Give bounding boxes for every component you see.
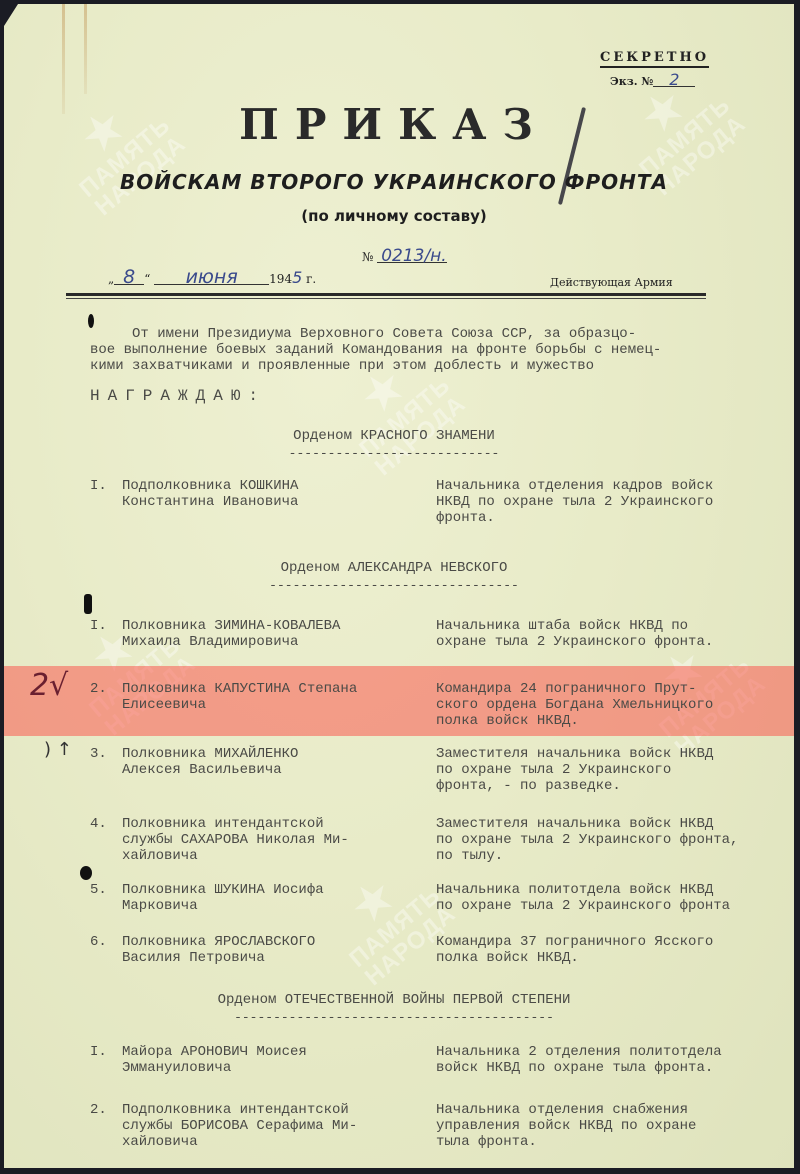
- order-heading: Орденом КРАСНОГО ЗНАМЕНИ----------------…: [4, 428, 784, 462]
- order-heading: Орденом ОТЕЧЕСТВЕННОЙ ВОЙНЫ ПЕРВОЙ СТЕПЕ…: [4, 992, 784, 1026]
- paper-stain: [84, 4, 87, 94]
- award-word: НАГРАЖДАЮ:: [90, 388, 266, 404]
- location-label: Действующая Армия: [550, 276, 673, 289]
- copy-number: Экз. №2: [610, 74, 695, 88]
- paper-stain: [62, 4, 65, 114]
- divider: [66, 298, 706, 299]
- ink-blot: [84, 594, 92, 614]
- document-subtitle: ВОЙСКАМ ВТОРОГО УКРАИНСКОГО ФРОНТА: [4, 170, 784, 194]
- divider: [66, 293, 706, 296]
- ink-blot: [80, 866, 92, 880]
- classification-stamp: СЕКРЕТНО: [600, 50, 709, 68]
- margin-mark: ) ↑: [44, 739, 72, 760]
- order-heading: Орденом АЛЕКСАНДРА НЕВСКОГО-------------…: [4, 560, 784, 594]
- order-number: № 0213/н.: [362, 250, 447, 264]
- document-subtitle-2: (по личному составу): [4, 207, 784, 225]
- watermark: ★ПАМЯТЬНАРОДА: [317, 849, 460, 990]
- order-date: „8“ июня1945 г.: [108, 268, 316, 287]
- intro-text: От имени Президиума Верховного Совета Со…: [90, 326, 780, 374]
- page-title: ПРИКАЗ: [4, 100, 784, 149]
- check-mark-annotation: 2√: [30, 668, 68, 703]
- document-page: ★ПАМЯТЬНАРОДА ★ПАМЯТЬНАРОДА ★ПАМЯТЬНАРОД…: [4, 4, 794, 1168]
